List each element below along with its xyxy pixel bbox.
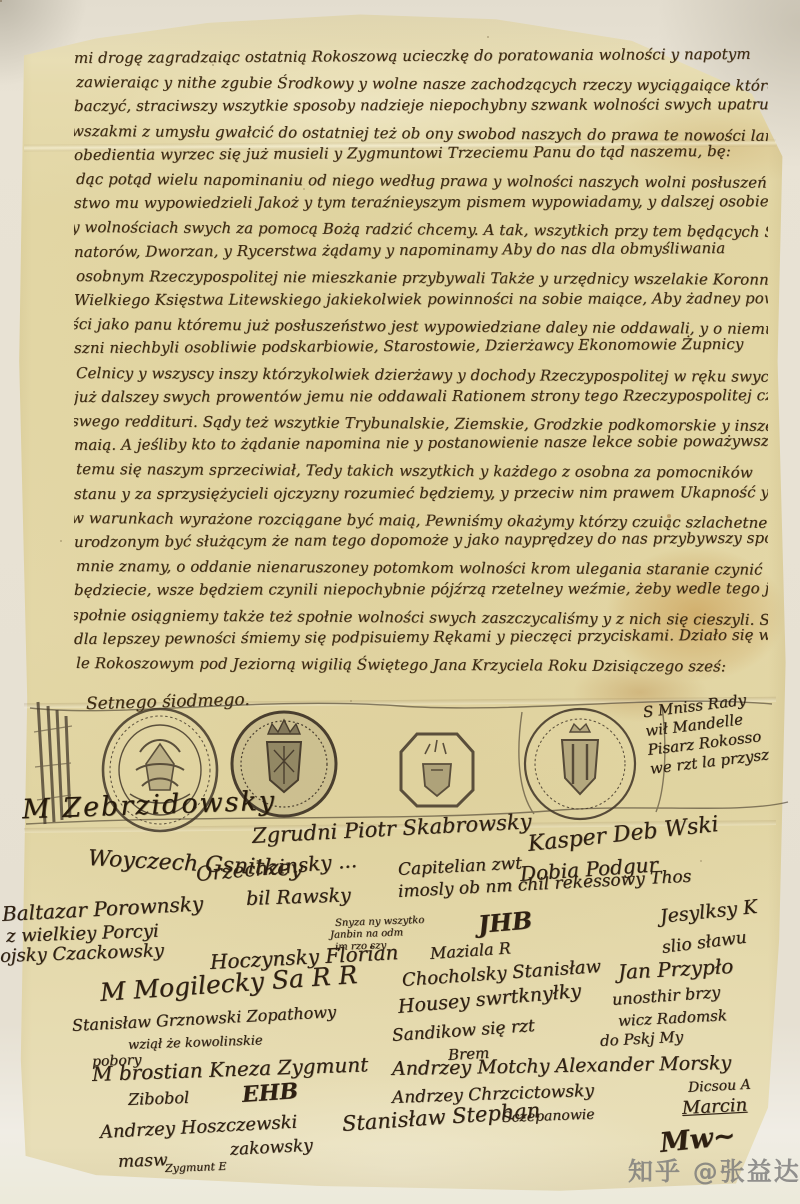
manuscript-line: już dalszey swych prowentów jemu nie odd…	[74, 383, 768, 409]
signature: Zibobol	[128, 1088, 190, 1109]
manuscript-line: Wielkiego Księstwa Litewskiego jakiekolw…	[74, 286, 768, 312]
paper-specks	[0, 0, 2, 2]
manuscript-line: stwo mu wypowiedzieli Jakoż y tym teraźn…	[74, 189, 768, 215]
signature: bil Rawsky	[246, 884, 351, 910]
manuscript-line: le Rokoszowym pod Jeziorną wigilią Święt…	[76, 651, 768, 679]
signature: EHB	[241, 1078, 299, 1108]
zhihu-watermark: 知乎 @张益达	[628, 1152, 800, 1188]
manuscript-text-block: mi drogę zagradzaiąc ostatnią Rokoszową …	[74, 46, 768, 686]
manuscript-line: natorów, Dworzan, y Rycerstwa żądamy y n…	[74, 235, 768, 263]
small-octagonal-seal	[401, 734, 473, 806]
manuscript-line: stanu y za sprzysiężycieli ojczyzny rozu…	[74, 480, 768, 506]
manuscript-line: baczyć, straciwszy wszytkie sposoby nadz…	[74, 93, 768, 119]
manuscript-line: będziecie, wsze będziem czynili niepochy…	[74, 577, 768, 603]
signature: Zygmunt E	[165, 1160, 227, 1175]
round-shield-seal	[525, 709, 635, 819]
manuscript-line: urodzonym być służącym że nam tego dopom…	[74, 526, 768, 554]
manuscript-scan: mi drogę zagradzaiąc ostatnią Rokoszową …	[0, 0, 800, 1204]
signature: Marcin	[681, 1095, 747, 1119]
signature: Dicsou A	[688, 1077, 751, 1096]
signature: masw	[118, 1150, 168, 1172]
manuscript-line: maią. A jeśliby kto to żądanie napomina …	[74, 429, 768, 457]
manuscript-line: dla lepszey pewności śmiemy się podpisui…	[74, 623, 768, 651]
manuscript-line: mi drogę zagradzaiąc ostatnią Rokoszową …	[74, 46, 768, 70]
manuscript-line: obedientia wyrzec się już musieli y Zygm…	[74, 139, 768, 167]
signature: JHB	[477, 905, 534, 939]
manuscript-line: szni niechbyli osobliwie podskarbiowie, …	[74, 332, 768, 360]
